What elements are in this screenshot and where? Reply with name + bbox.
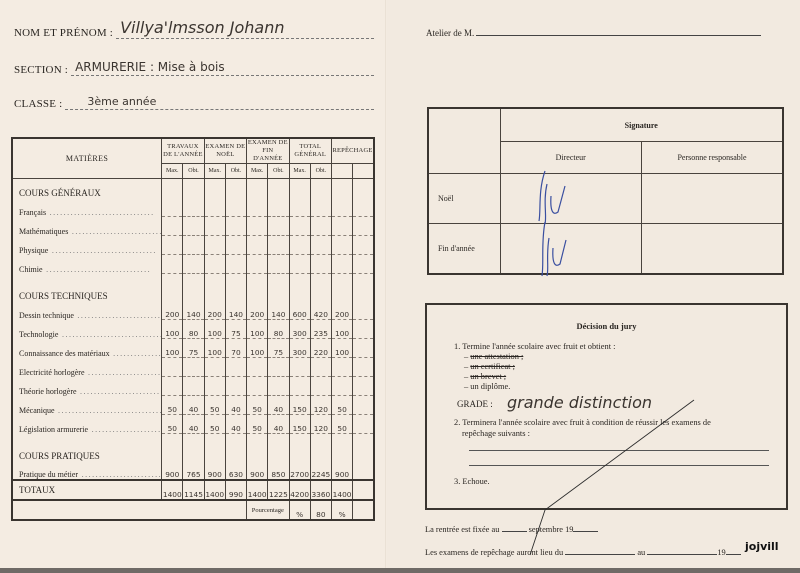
subject-label: Français .............................. — [12, 198, 162, 217]
grade-cell[interactable]: 50 — [247, 415, 268, 434]
grade-label: GRADE : — [457, 399, 493, 409]
spacer-cell — [268, 274, 289, 283]
subject-name: Français — [19, 208, 46, 217]
table-row: Chimie .............................. — [12, 255, 374, 274]
empty-cell — [289, 179, 310, 199]
empty-cell — [310, 282, 331, 301]
grade-cell[interactable] — [268, 358, 289, 377]
empty-cell — [225, 179, 246, 199]
spacer-cell — [353, 434, 374, 443]
grade-cell[interactable]: 50 — [204, 396, 225, 415]
spacer-cell — [204, 274, 225, 283]
grade-cell[interactable] — [353, 255, 374, 274]
grades-body: COURS GÉNÉRAUXFrançais .................… — [12, 179, 374, 521]
grade-cell[interactable]: 630 — [225, 461, 246, 480]
grade-cell[interactable] — [225, 377, 246, 396]
director-signature-fin[interactable] — [500, 224, 642, 275]
grade-cell[interactable]: 40 — [268, 415, 289, 434]
subject-name: Pratique du métier — [19, 470, 78, 479]
empty-cell — [268, 179, 289, 199]
grade-cell[interactable]: 420 — [310, 301, 331, 320]
blank — [183, 500, 204, 520]
empty-cell — [162, 179, 183, 199]
grade-cell[interactable] — [183, 217, 204, 236]
grade-cell[interactable]: 300 — [289, 320, 310, 339]
rentree-month: septembre 19 — [529, 525, 574, 534]
grade-cell[interactable]: 100 — [247, 320, 268, 339]
jury-item: – un brevet ; — [464, 372, 506, 381]
grade-cell[interactable]: 100 — [162, 320, 183, 339]
empty-cell — [183, 282, 204, 301]
totals-label: TOTAUX — [12, 480, 162, 500]
empty-cell — [289, 282, 310, 301]
leader-dots: .............................. — [78, 470, 162, 479]
grade-cell[interactable]: 75 — [268, 339, 289, 358]
grade-cell[interactable] — [310, 377, 331, 396]
empty-cell — [268, 282, 289, 301]
grade-cell[interactable] — [289, 358, 310, 377]
percentage-cell[interactable]: % — [331, 500, 352, 520]
grade-cell[interactable] — [204, 217, 225, 236]
subject-label: Mécanique .............................. — [12, 396, 162, 415]
grade-cell[interactable] — [247, 377, 268, 396]
grade-cell[interactable] — [204, 236, 225, 255]
total-cell[interactable]: 1225 — [268, 480, 289, 500]
grade-cell[interactable] — [310, 198, 331, 217]
percentage-cell[interactable]: 80 — [310, 500, 331, 520]
total-cell[interactable]: 1145 — [183, 480, 204, 500]
grade-cell[interactable] — [268, 377, 289, 396]
leader-dots: .............................. — [77, 387, 162, 396]
jury-item-text: un brevet ; — [470, 372, 506, 381]
director-signature-noel[interactable] — [500, 174, 642, 224]
grade-cell[interactable] — [204, 255, 225, 274]
repechage-from-input[interactable] — [565, 554, 635, 555]
grade-cell[interactable]: 40 — [183, 415, 204, 434]
name-value[interactable]: Villya'lmsson Johann — [120, 18, 284, 37]
empty-cell — [247, 282, 268, 301]
grade-cell[interactable] — [204, 358, 225, 377]
table-row: Français .............................. — [12, 198, 374, 217]
header-obt: Obt. — [310, 164, 331, 179]
grade-cell[interactable]: 100 — [247, 339, 268, 358]
table-row: Technologie ............................… — [12, 320, 374, 339]
grade-cell[interactable] — [183, 198, 204, 217]
grade-cell[interactable]: 140 — [225, 301, 246, 320]
subject-name: Physique — [19, 246, 48, 255]
grade-cell[interactable] — [183, 358, 204, 377]
grade-cell[interactable] — [204, 377, 225, 396]
leader-dots: .............................. — [110, 349, 162, 358]
grade-cell[interactable]: 120 — [310, 396, 331, 415]
header-obt: Obt. — [225, 164, 246, 179]
blank — [12, 500, 162, 520]
section-row: COURS PRATIQUES — [12, 442, 374, 461]
grade-cell[interactable] — [353, 377, 374, 396]
atelier-input[interactable] — [476, 35, 761, 36]
grade-cell[interactable] — [289, 236, 310, 255]
grade-cell[interactable]: 900 — [162, 461, 183, 480]
header-max: Max. — [162, 164, 183, 179]
blank — [162, 500, 183, 520]
spacer-cell — [12, 274, 162, 283]
grade-cell[interactable]: 2245 — [310, 461, 331, 480]
grade-cell[interactable] — [247, 236, 268, 255]
grade-cell[interactable]: 50 — [331, 415, 352, 434]
empty-cell — [225, 442, 246, 461]
grade-cell[interactable] — [353, 461, 374, 480]
section-title: COURS PRATIQUES — [12, 442, 162, 461]
grade-cell[interactable]: 140 — [183, 301, 204, 320]
grade-cell[interactable] — [353, 236, 374, 255]
grade-cell[interactable]: 50 — [331, 396, 352, 415]
section-title: COURS TECHNIQUES — [12, 282, 162, 301]
grade-cell[interactable] — [183, 236, 204, 255]
table-row: Mathématiques ..........................… — [12, 217, 374, 236]
grade-cell[interactable]: 600 — [289, 301, 310, 320]
signature-corner — [428, 108, 500, 174]
header-group: TOTAL GÉNÉRAL — [289, 138, 331, 164]
row-fin-annee: Fin d'année — [428, 224, 500, 275]
header-group: REPÊCHAGE — [331, 138, 374, 164]
subject-name: Dessin technique — [19, 311, 74, 320]
grade-cell[interactable] — [225, 236, 246, 255]
header-obt: Obt. — [183, 164, 204, 179]
grade-cell[interactable] — [183, 255, 204, 274]
header-max: Max. — [247, 164, 268, 179]
repechage-line-1[interactable] — [469, 450, 769, 451]
grade-cell[interactable] — [353, 320, 374, 339]
jury-option-2-line-2: repêchage suivants : — [462, 429, 530, 438]
jury-option-2-line-1: 2. Terminera l'année scolaire avec fruit… — [454, 418, 711, 427]
grade-cell[interactable] — [247, 198, 268, 217]
grade-cell[interactable]: 150 — [289, 396, 310, 415]
grade-cell[interactable] — [289, 217, 310, 236]
repechage-dates-field: Les examens de repêchage auront lieu du … — [425, 548, 741, 557]
grade-cell[interactable] — [268, 217, 289, 236]
subject-name: Législation armurerie — [19, 425, 88, 434]
header-group: EXAMEN DE NOËL — [204, 138, 246, 164]
grade-cell[interactable] — [162, 358, 183, 377]
repechage-to-input[interactable] — [647, 554, 717, 555]
grade-cell[interactable] — [247, 358, 268, 377]
grade-cell[interactable]: 70 — [225, 339, 246, 358]
spacer-cell — [289, 434, 310, 443]
leader-dots: .............................. — [68, 227, 161, 236]
grade-cell[interactable]: 75 — [225, 320, 246, 339]
grade-cell[interactable]: 80 — [268, 320, 289, 339]
jury-item-text: un diplôme. — [470, 382, 510, 391]
totals-row: TOTAUX1400114514009901400122542003360140… — [12, 480, 374, 500]
spacer-cell — [289, 274, 310, 283]
header-subjects: MATIÈRES — [12, 138, 162, 179]
class-label: CLASSE : — [14, 98, 62, 110]
rentree-year-input[interactable] — [573, 531, 598, 532]
grade-cell[interactable] — [162, 255, 183, 274]
spacer-cell — [162, 274, 183, 283]
jury-item: – un diplôme. — [464, 382, 510, 391]
grade-cell[interactable] — [310, 255, 331, 274]
grade-cell[interactable]: 900 — [331, 461, 352, 480]
rentree-prefix: La rentrée est fixée au — [425, 525, 499, 534]
grade-cell[interactable] — [268, 198, 289, 217]
left-page: NOM ET PRÉNOM : Villya'lmsson Johann SEC… — [0, 0, 386, 573]
jury-item-text: un certificat ; — [470, 362, 515, 371]
section-field: SECTION : ARMURERIE : Mise à bois — [14, 57, 374, 76]
grade-cell[interactable]: 50 — [162, 415, 183, 434]
grade-cell[interactable]: 2700 — [289, 461, 310, 480]
grade-cell[interactable]: 235 — [310, 320, 331, 339]
table-row: Dessin technique .......................… — [12, 301, 374, 320]
page-fold — [385, 0, 387, 573]
total-cell[interactable]: 1400 — [247, 480, 268, 500]
grade-cell[interactable] — [353, 358, 374, 377]
total-cell[interactable]: 990 — [225, 480, 246, 500]
grade-cell[interactable]: 220 — [310, 339, 331, 358]
name-label: NOM ET PRÉNOM : — [14, 27, 113, 39]
responsible-signature-noel[interactable] — [642, 174, 784, 224]
grade-cell[interactable] — [225, 255, 246, 274]
percentage-cell[interactable] — [353, 500, 374, 520]
spacer-cell — [162, 434, 183, 443]
grade-cell[interactable]: 40 — [225, 415, 246, 434]
grade-cell[interactable] — [183, 377, 204, 396]
grade-cell[interactable] — [310, 358, 331, 377]
grade-cell[interactable] — [331, 217, 352, 236]
subject-label: Electricité horlogère ..................… — [12, 358, 162, 377]
atelier-field: Atelier de M. — [426, 28, 761, 38]
grade-cell[interactable] — [310, 217, 331, 236]
class-value[interactable]: 3ème année — [87, 95, 156, 108]
grade-cell[interactable] — [162, 198, 183, 217]
grade-cell[interactable] — [204, 198, 225, 217]
jury-decision-box: Décision du jury 1. Termine l'année scol… — [425, 303, 788, 510]
repechage-middle: au — [637, 548, 645, 557]
jury-option-1: 1. Termine l'année scolaire avec fruit e… — [454, 342, 615, 351]
grade-cell[interactable]: 120 — [310, 415, 331, 434]
grade-cell[interactable]: 100 — [204, 320, 225, 339]
leader-dots: .............................. — [88, 425, 162, 434]
header-max: Max. — [204, 164, 225, 179]
table-row: Electricité horlogère ..................… — [12, 358, 374, 377]
leader-dots: .............................. — [43, 265, 152, 274]
leader-dots: .............................. — [48, 246, 157, 255]
subject-name: Electricité horlogère — [19, 368, 85, 377]
jury-option-3: 3. Echoue. — [454, 477, 490, 486]
grades-table: MATIÈRES TRAVAUX DE L'ANNÉE EXAMEN DE NO… — [11, 137, 375, 521]
grade-cell[interactable]: 100 — [331, 339, 352, 358]
grade-cell[interactable]: 40 — [183, 396, 204, 415]
grade-cell[interactable] — [331, 236, 352, 255]
spacer-cell — [12, 434, 162, 443]
grade-cell[interactable]: 50 — [204, 415, 225, 434]
subject-label: Législation armurerie ..................… — [12, 415, 162, 434]
table-row: Physique .............................. — [12, 236, 374, 255]
empty-cell — [162, 282, 183, 301]
empty-cell — [268, 442, 289, 461]
grade-cell[interactable] — [331, 377, 352, 396]
grade-cell[interactable]: 200 — [331, 301, 352, 320]
grade-cell[interactable]: 75 — [183, 339, 204, 358]
grade-cell[interactable] — [268, 236, 289, 255]
grade-cell[interactable]: 140 — [268, 301, 289, 320]
grade-cell[interactable] — [289, 198, 310, 217]
grade-cell[interactable]: 900 — [204, 461, 225, 480]
repechage-year-input[interactable] — [726, 554, 741, 555]
grade-cell[interactable]: 300 — [289, 339, 310, 358]
empty-cell — [204, 282, 225, 301]
signature-table: Signature Directeur Personne responsable… — [427, 107, 784, 275]
grade-cell[interactable]: 150 — [289, 415, 310, 434]
spacer-cell — [225, 434, 246, 443]
grade-cell[interactable]: 200 — [204, 301, 225, 320]
leader-dots: .............................. — [74, 311, 162, 320]
empty-cell — [310, 179, 331, 199]
signature-scribble-icon — [533, 218, 593, 278]
grade-cell[interactable]: 80 — [183, 320, 204, 339]
total-cell[interactable] — [353, 480, 374, 500]
header-repechage-b — [353, 164, 374, 179]
grade-cell[interactable]: 200 — [247, 301, 268, 320]
spacer-cell — [310, 434, 331, 443]
subject-label: Théorie horlogère ......................… — [12, 377, 162, 396]
subject-label: Pratique du métier .....................… — [12, 461, 162, 480]
grade-value[interactable]: grande distinction — [507, 393, 652, 412]
grade-cell[interactable] — [289, 377, 310, 396]
grade-cell[interactable]: 765 — [183, 461, 204, 480]
jury-item: – une attestation ; — [464, 352, 523, 361]
grade-cell[interactable] — [331, 198, 352, 217]
table-row: Connaissance des matériaux .............… — [12, 339, 374, 358]
percentage-cell[interactable]: % — [289, 500, 310, 520]
grade-cell[interactable] — [162, 236, 183, 255]
empty-cell — [162, 442, 183, 461]
total-cell[interactable]: 3360 — [310, 480, 331, 500]
spacer-cell — [331, 434, 352, 443]
spacer-cell — [225, 274, 246, 283]
grade-cell[interactable]: 200 — [162, 301, 183, 320]
rentree-day-input[interactable] — [502, 531, 527, 532]
blank — [225, 500, 246, 520]
spacer-cell — [268, 434, 289, 443]
leader-dots: .............................. — [85, 368, 162, 377]
jury-item: – un certificat ; — [464, 362, 515, 371]
grade-cell[interactable] — [353, 415, 374, 434]
grade-cell[interactable] — [162, 377, 183, 396]
grade-cell[interactable]: 100 — [162, 339, 183, 358]
percentage-label: Pourcentage — [247, 500, 289, 520]
empty-cell — [204, 179, 225, 199]
table-row: Pratique du métier .....................… — [12, 461, 374, 480]
spacer-cell — [247, 434, 268, 443]
signature-scribble-icon — [533, 166, 593, 226]
grade-cell[interactable]: 50 — [247, 396, 268, 415]
spacer-cell — [310, 274, 331, 283]
name-field: NOM ET PRÉNOM : Villya'lmsson Johann — [14, 20, 374, 39]
spacer-cell — [331, 274, 352, 283]
subject-name: Technologie — [19, 330, 58, 339]
header-group: TRAVAUX DE L'ANNÉE — [162, 138, 204, 164]
grade-cell[interactable] — [247, 217, 268, 236]
spacer-cell — [204, 434, 225, 443]
empty-cell — [310, 442, 331, 461]
grade-cell[interactable] — [353, 396, 374, 415]
leader-dots: .............................. — [46, 208, 155, 217]
grade-cell[interactable] — [353, 198, 374, 217]
total-cell[interactable]: 1400 — [204, 480, 225, 500]
empty-cell — [353, 282, 374, 301]
empty-cell — [331, 282, 352, 301]
col-responsible: Personne responsable — [642, 142, 784, 174]
spacer-cell — [353, 274, 374, 283]
grade-cell[interactable] — [268, 255, 289, 274]
grade-cell[interactable] — [353, 339, 374, 358]
header-max: Max. — [289, 164, 310, 179]
subject-label: Technologie ............................… — [12, 320, 162, 339]
grade-cell[interactable] — [289, 255, 310, 274]
section-value[interactable]: ARMURERIE : Mise à bois — [75, 60, 225, 74]
section-row: COURS TECHNIQUES — [12, 282, 374, 301]
percentage-row: Pourcentage%80% — [12, 500, 374, 520]
total-cell[interactable]: 4200 — [289, 480, 310, 500]
empty-cell — [289, 442, 310, 461]
grade-cell[interactable]: 100 — [204, 339, 225, 358]
section-title: COURS GÉNÉRAUX — [12, 179, 162, 199]
grade-cell[interactable]: 850 — [268, 461, 289, 480]
grade-cell[interactable] — [162, 217, 183, 236]
grade-cell[interactable]: 900 — [247, 461, 268, 480]
total-cell[interactable]: 1400 — [162, 480, 183, 500]
spacer-cell — [183, 434, 204, 443]
repechage-line-2[interactable] — [469, 465, 769, 466]
grade-cell[interactable]: 40 — [268, 396, 289, 415]
class-field: CLASSE : 3ème année — [14, 91, 374, 110]
leader-dots: .............................. — [55, 406, 162, 415]
atelier-label: Atelier de M. — [426, 28, 474, 38]
empty-cell — [183, 442, 204, 461]
grade-cell[interactable] — [247, 255, 268, 274]
section-label: SECTION : — [14, 64, 68, 76]
total-cell[interactable]: 1400 — [331, 480, 352, 500]
empty-cell — [183, 179, 204, 199]
grade-cell[interactable]: 40 — [225, 396, 246, 415]
section-row: COURS GÉNÉRAUX — [12, 179, 374, 199]
empty-cell — [353, 179, 374, 199]
bottom-edge — [0, 568, 800, 573]
empty-cell — [204, 442, 225, 461]
header-group: EXAMEN DE FIN D'ANNÉE — [247, 138, 289, 164]
grade-cell[interactable] — [331, 255, 352, 274]
subject-label: Dessin technique .......................… — [12, 301, 162, 320]
grade-cell[interactable] — [225, 358, 246, 377]
empty-cell — [247, 179, 268, 199]
grade-cell[interactable] — [225, 198, 246, 217]
table-row: Législation armurerie ..................… — [12, 415, 374, 434]
jury-item-text: une attestation ; — [470, 352, 523, 361]
grade-cell[interactable] — [353, 301, 374, 320]
grade-cell[interactable] — [353, 217, 374, 236]
responsible-signature-fin[interactable] — [642, 224, 784, 275]
grade-cell[interactable] — [310, 236, 331, 255]
subject-name: Théorie horlogère — [19, 387, 77, 396]
subject-label: Physique .............................. — [12, 236, 162, 255]
empty-cell — [331, 179, 352, 199]
grade-cell[interactable]: 50 — [162, 396, 183, 415]
grade-cell[interactable] — [331, 358, 352, 377]
row-noel: Noël — [428, 174, 500, 224]
grade-cell[interactable]: 100 — [331, 320, 352, 339]
grade-cell[interactable] — [225, 217, 246, 236]
